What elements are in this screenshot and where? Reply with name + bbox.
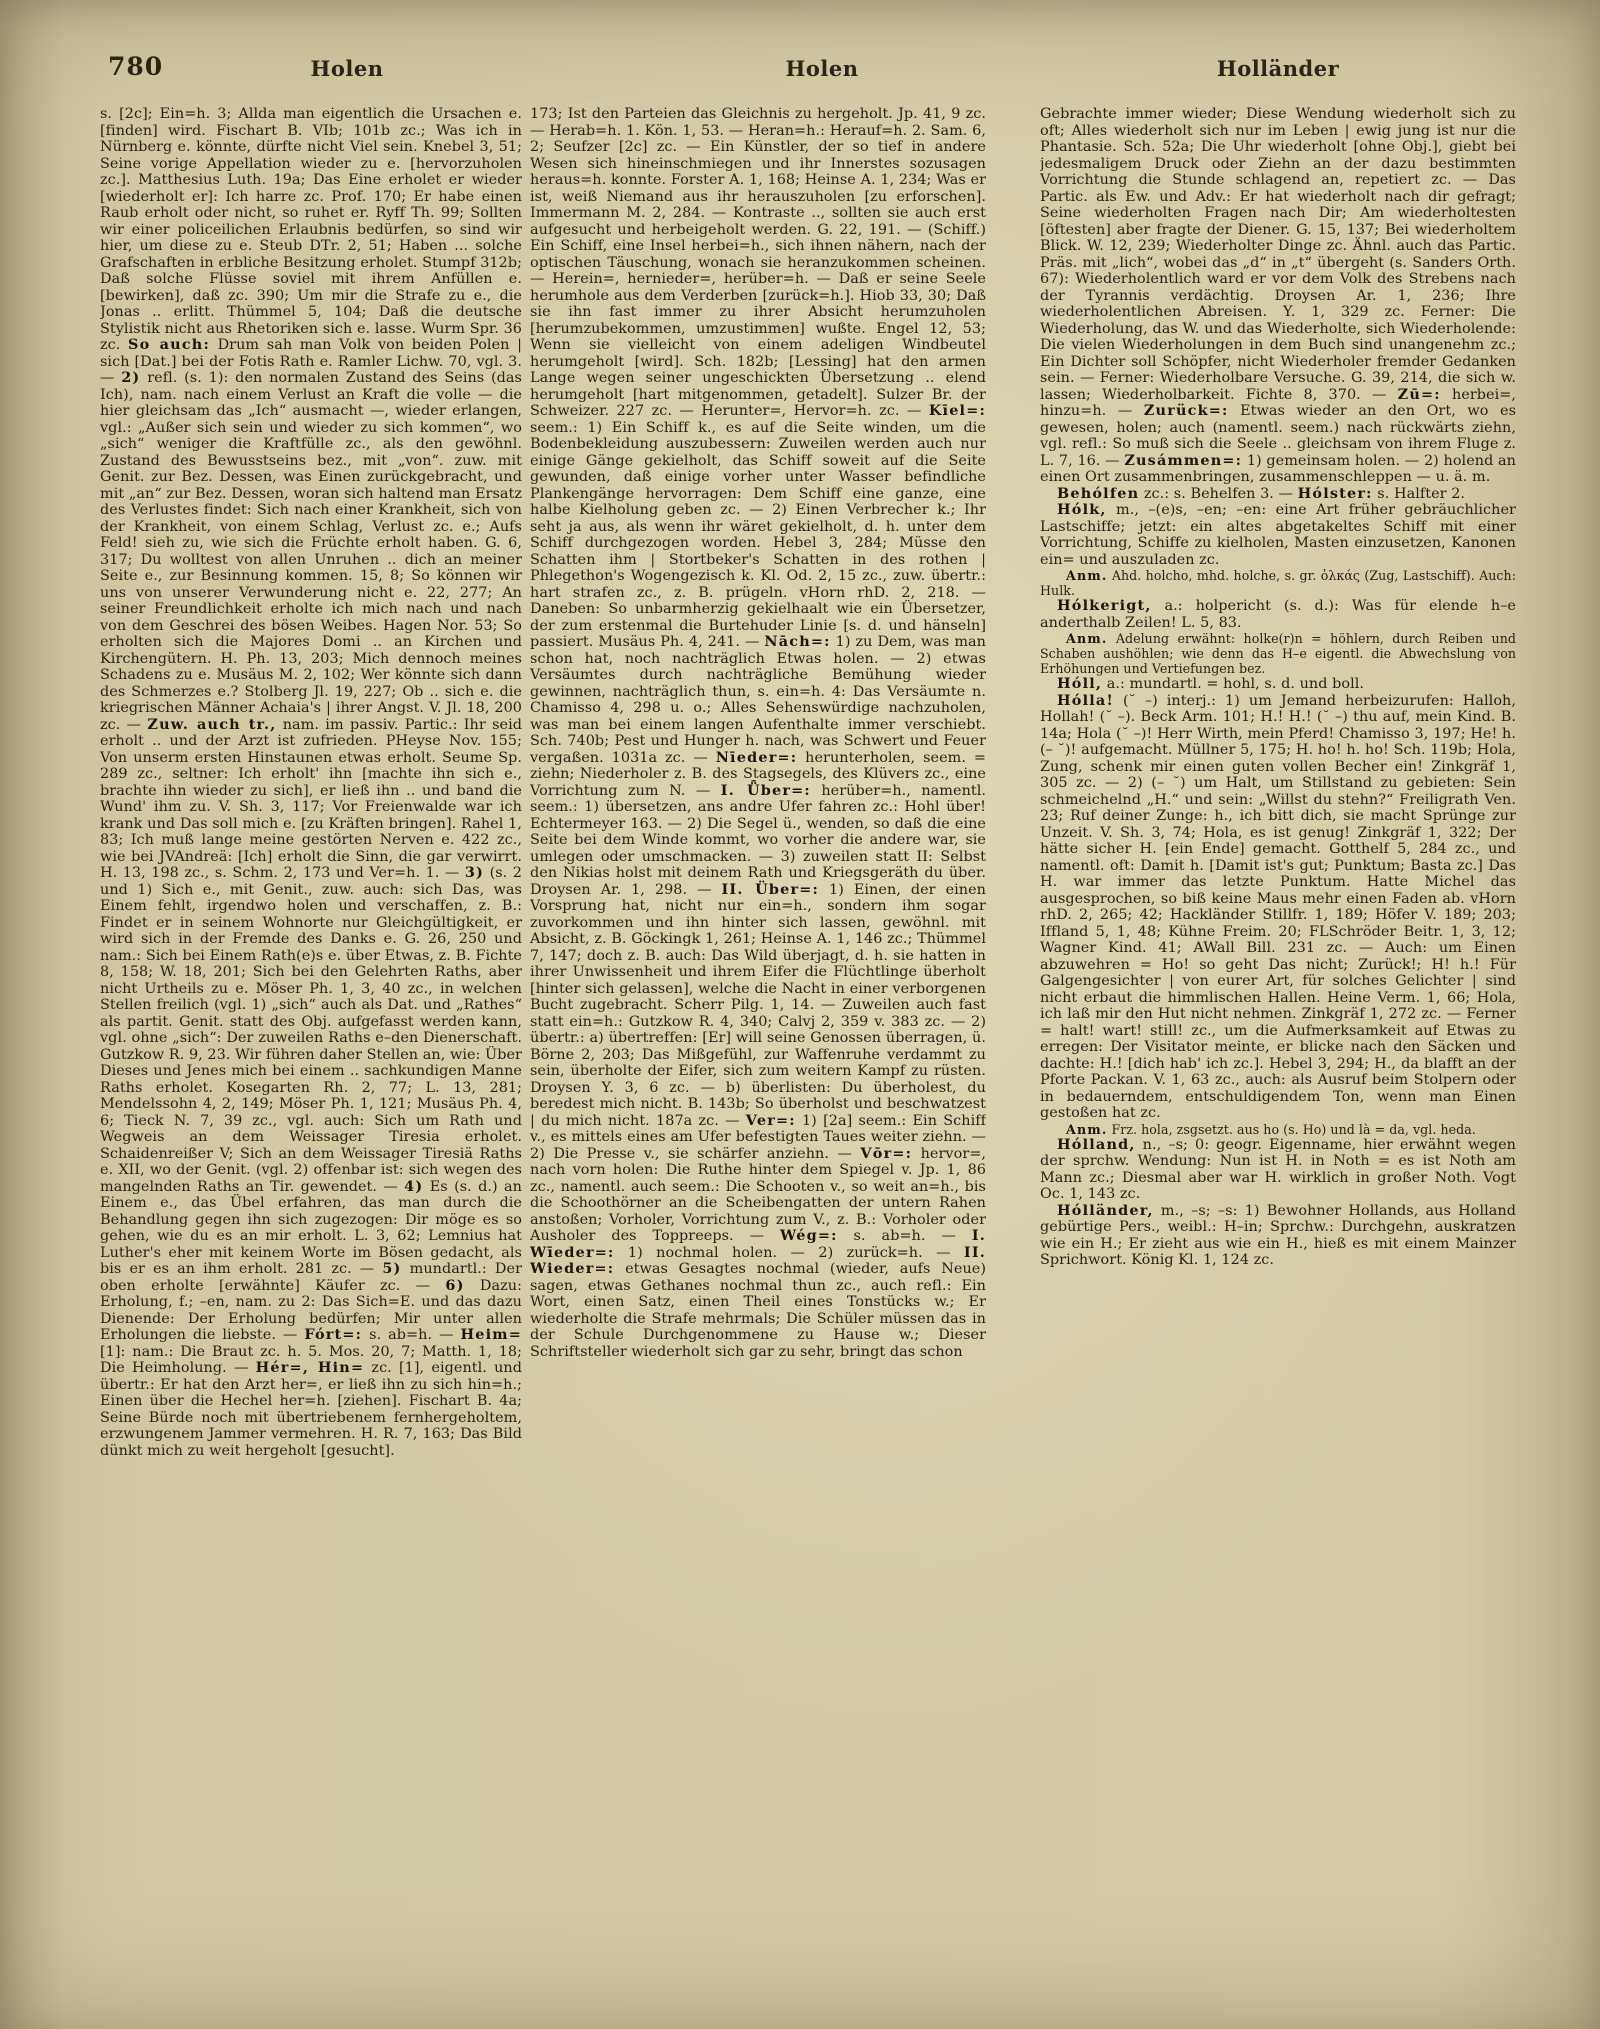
- headword: Zurück=:: [1144, 402, 1229, 419]
- headword: 4): [404, 1178, 423, 1195]
- headword: Hólkerigt,: [1057, 597, 1152, 614]
- headword: Anm.: [1066, 1122, 1107, 1137]
- body-text: m., –(e)s, –en; –en: eine Art früher geb…: [1040, 502, 1516, 568]
- headword: Zusámmen=:: [1124, 452, 1242, 469]
- running-head-left: Holen: [311, 56, 384, 81]
- page-number: 780: [108, 52, 163, 81]
- annotation-paragraph: Anm. Frz. hola, zsgsetzt. aus ho (s. Ho)…: [1040, 1122, 1516, 1137]
- headword: II. Über=:: [722, 881, 820, 898]
- headword: 5): [382, 1260, 401, 1277]
- dictionary-paragraph: Hólkerigt, a.: holpericht (s. d.): Was f…: [1040, 598, 1516, 631]
- text-column-3: Gebrachte immer wieder; Diese Wendung wi…: [1040, 106, 1516, 1934]
- headword: Behólfen: [1057, 485, 1139, 502]
- body-text: 1) Einen, der einen Vorsprung hat, nicht…: [530, 882, 986, 1129]
- body-text: a.: mundartl. = hohl, s. d. und boll.: [1102, 676, 1364, 692]
- dictionary-paragraph: Hólla! (˘ –) interj.: 1) um Jemand herbe…: [1040, 693, 1516, 1122]
- body-text: 1) nochmal holen. — 2) zurück=h. —: [615, 1245, 964, 1261]
- body-text: nam. im passiv. Partic.: Ihr seid erholt…: [100, 717, 522, 882]
- headword: Zuw. auch tr.,: [147, 716, 276, 733]
- body-text: s. Halfter 2.: [1373, 486, 1465, 502]
- headword: Hóll,: [1057, 675, 1102, 692]
- headword: Hólla!: [1057, 692, 1114, 709]
- headword: Ver=:: [746, 1112, 796, 1129]
- text-column-2: 173; Ist den Parteien das Gleichnis zu h…: [530, 106, 986, 1934]
- body-text: 1) zu Dem, was man schon hat, noch nacht…: [530, 634, 986, 766]
- body-text: seem.: 1) Ein Schiff k., es auf die Seit…: [530, 420, 986, 651]
- body-text: s. ab=h. —: [362, 1327, 460, 1343]
- headword: 3): [465, 864, 484, 881]
- headword: Wég=:: [780, 1227, 838, 1244]
- body-text: Adelung erwähnt: holke(r)n = höhlern, du…: [1040, 631, 1516, 676]
- running-head-center: Holen: [786, 56, 859, 81]
- dictionary-paragraph: Gebrachte immer wieder; Diese Wendung wi…: [1040, 106, 1516, 486]
- annotation-paragraph: Anm. Ahd. holcho, mhd. holche, s. gr. ὁλ…: [1040, 568, 1516, 598]
- headword: Zū=:: [1398, 386, 1441, 403]
- dictionary-paragraph: Hólländer, m., –s; –s: 1) Bewohner Holla…: [1040, 1203, 1516, 1269]
- headword: Hólländer,: [1057, 1202, 1154, 1219]
- body-text: zc.: s. Behelfen 3. —: [1139, 486, 1297, 502]
- headword: Hólster:: [1298, 485, 1373, 502]
- headword: Hér=, Hin=: [256, 1359, 365, 1376]
- body-text: Frz. hola, zsgsetzt. aus ho (s. Ho) und …: [1107, 1122, 1475, 1137]
- dictionary-paragraph: 173; Ist den Parteien das Gleichnis zu h…: [530, 106, 986, 1360]
- body-text: (s. 2 und 1) Sich e., mit Genit., zuw. a…: [100, 865, 522, 1195]
- headword: Anm.: [1066, 631, 1107, 646]
- headword: Hólland,: [1057, 1136, 1136, 1153]
- dictionary-paragraph: Hóll, a.: mundartl. = hohl, s. d. und bo…: [1040, 676, 1516, 693]
- dictionary-paragraph: Hólland, n., –s; 0: geogr. Eigenname, hi…: [1040, 1137, 1516, 1203]
- headword: Vōr=:: [860, 1145, 912, 1162]
- headword: I. Ǖber=:: [721, 782, 811, 799]
- body-text: (˘ –) interj.: 1) um Jemand herbeizurufe…: [1040, 693, 1516, 1122]
- body-text: 173; Ist den Parteien das Gleichnis zu h…: [530, 106, 986, 419]
- annotation-paragraph: Anm. Adelung erwähnt: holke(r)n = höhler…: [1040, 631, 1516, 676]
- scanned-dictionary-page: 780 Holen Holen Holländer s. [2c]; Ein=h…: [0, 0, 1600, 2029]
- body-text: s. [2c]; Ein=h. 3; Allda man eigentlich …: [100, 106, 522, 353]
- dictionary-paragraph: Behólfen zc.: s. Behelfen 3. — Hólster: …: [1040, 486, 1516, 503]
- headword: Fórt=:: [304, 1326, 362, 1343]
- running-head-right: Holländer: [1217, 56, 1339, 81]
- headword: Nāch=:: [764, 633, 830, 650]
- dictionary-paragraph: Hólk, m., –(e)s, –en; –en: eine Art früh…: [1040, 502, 1516, 568]
- headword: So auch:: [128, 336, 210, 353]
- headword: 6): [445, 1277, 464, 1294]
- headword: Anm.: [1066, 568, 1107, 583]
- text-column-1: s. [2c]; Ein=h. 3; Allda man eigentlich …: [100, 106, 522, 1934]
- body-text: Ahd. holcho, mhd. holche, s. gr. ὁλκάς (…: [1040, 568, 1516, 598]
- body-text: Gebrachte immer wieder; Diese Wendung wi…: [1040, 106, 1516, 403]
- body-text: s. ab=h. —: [838, 1228, 972, 1244]
- dictionary-paragraph: s. [2c]; Ein=h. 3; Allda man eigentlich …: [100, 106, 522, 1459]
- headword: Kīel=:: [929, 402, 986, 419]
- headword: Nīeder=:: [716, 749, 798, 766]
- headword: 2): [121, 369, 140, 386]
- body-text: refl. (s. 1): den normalen Zustand des S…: [100, 370, 522, 733]
- headword: Hólk,: [1057, 501, 1107, 518]
- headword: Heim=: [460, 1326, 522, 1343]
